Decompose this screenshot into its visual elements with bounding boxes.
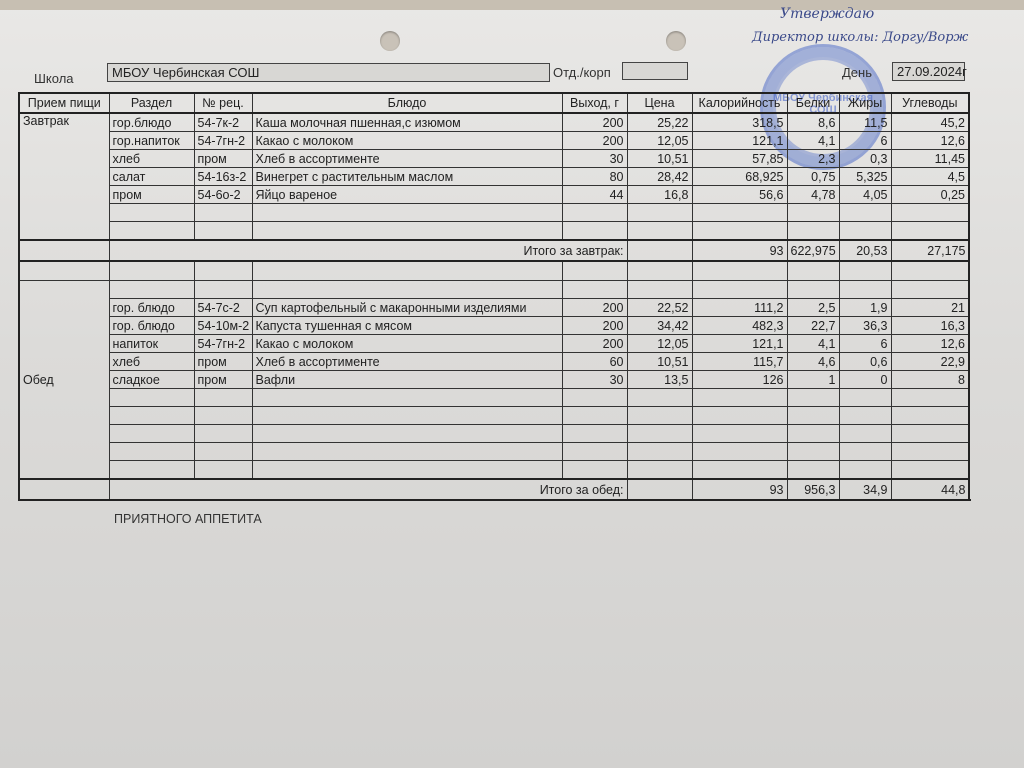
kcal-cell: 57,85 [692,150,787,168]
protein-cell: 8,6 [787,113,839,132]
empty-cell [692,222,787,241]
yield-cell: 200 [562,299,627,317]
kcal-cell: 482,3 [692,317,787,335]
carbs-cell: 45,2 [891,113,969,132]
price-cell: 34,42 [627,317,692,335]
table-row: хлебпромХлеб в ассортименте3010,5157,852… [19,150,969,168]
empty-cell [839,222,891,241]
empty-cell [839,204,891,222]
col-recipe: № рец. [194,93,252,113]
price-cell: 16,8 [627,186,692,204]
empty-cell [627,407,692,425]
empty-cell [891,461,969,480]
fat-cell: 11,5 [839,113,891,132]
protein-cell: 22,7 [787,317,839,335]
empty-cell [562,461,627,480]
yield-cell: 30 [562,371,627,389]
day-label: День [842,65,872,80]
empty-cell [252,425,562,443]
empty-cell [562,389,627,407]
table-row: хлебпромХлеб в ассортименте6010,51115,74… [19,353,969,371]
total-protein: 34,9 [839,479,891,500]
empty-cell [194,281,252,299]
price-cell: 12,05 [627,335,692,353]
carbs-cell: 12,6 [891,335,969,353]
empty-cell [19,240,109,261]
dept-field [622,62,688,80]
yield-cell: 200 [562,132,627,150]
empty-cell [692,261,787,281]
fat-cell: 5,325 [839,168,891,186]
empty-cell [109,222,194,241]
empty-cell [252,261,562,281]
recipe-cell: 54-7гн-2 [194,335,252,353]
protein-cell: 1 [787,371,839,389]
empty-cell [562,222,627,241]
yield-cell: 60 [562,353,627,371]
separator-row [19,261,969,281]
empty-cell [891,281,969,299]
fat-cell: 1,9 [839,299,891,317]
empty-cell [627,204,692,222]
carbs-cell: 11,45 [891,150,969,168]
recipe-cell: пром [194,371,252,389]
protein-cell: 4,78 [787,186,839,204]
carbs-cell: 22,9 [891,353,969,371]
empty-row [19,461,969,480]
empty-cell [194,261,252,281]
empty-cell [839,261,891,281]
school-field: МБОУ Чербинская СОШ [107,63,550,82]
table-row: пром54-6о-2Яйцо вареное4416,856,64,784,0… [19,186,969,204]
recipe-cell: пром [194,150,252,168]
col-carbs: Углеводы [891,93,969,113]
price-cell: 10,51 [627,353,692,371]
table-row: напиток54-7гн-2Какао с молоком20012,0512… [19,335,969,353]
empty-cell [194,204,252,222]
empty-cell [252,281,562,299]
day-field: 27.09.2024г [892,62,965,81]
empty-row: Обед [19,281,969,299]
recipe-cell: 54-10м-2 [194,317,252,335]
dish-cell: Хлеб в ассортименте [252,353,562,371]
empty-cell [252,222,562,241]
empty-cell [692,204,787,222]
recipe-cell: 54-16з-2 [194,168,252,186]
carbs-cell: 12,6 [891,132,969,150]
fat-cell: 6 [839,132,891,150]
protein-cell: 4,1 [787,132,839,150]
total-price: 93 [692,479,787,500]
empty-cell [252,461,562,480]
empty-cell [839,443,891,461]
recipe-cell: 54-7гн-2 [194,132,252,150]
empty-row [19,443,969,461]
empty-cell [627,222,692,241]
dish-cell: Капуста тушенная с мясом [252,317,562,335]
empty-cell [109,425,194,443]
approval-line-2: Директор школы: Доргу/Ворж [752,30,968,45]
dish-cell: Каша молочная пшенная,с изюмом [252,113,562,132]
dish-cell: Винегрет с растительным маслом [252,168,562,186]
empty-cell [109,204,194,222]
empty-cell [252,443,562,461]
meal-name-cell: Обед [19,281,109,480]
kcal-cell: 111,2 [692,299,787,317]
total-fat: 44,8 [891,479,969,500]
price-cell: 10,51 [627,150,692,168]
protein-cell: 2,5 [787,299,839,317]
carbs-cell: 21 [891,299,969,317]
empty-cell [787,261,839,281]
empty-cell [19,479,109,500]
empty-cell [194,461,252,480]
total-row: Итого за завтрак:93622,97520,5327,17574 [19,240,969,261]
empty-cell [787,222,839,241]
empty-cell [562,425,627,443]
empty-cell [109,261,194,281]
empty-cell [627,261,692,281]
table-row: гор.напиток54-7гн-2Какао с молоком20012,… [19,132,969,150]
empty-row [19,222,969,241]
fat-cell: 0,3 [839,150,891,168]
empty-cell [787,281,839,299]
recipe-cell: 54-6о-2 [194,186,252,204]
empty-cell [891,443,969,461]
section-cell: сладкое [109,371,194,389]
recipe-cell: 54-7к-2 [194,113,252,132]
empty-cell [194,425,252,443]
empty-row [19,389,969,407]
yield-cell: 200 [562,317,627,335]
section-cell: гор.блюдо [109,113,194,132]
yield-cell: 80 [562,168,627,186]
empty-cell [692,407,787,425]
col-protein: Белки [787,93,839,113]
empty-cell [627,425,692,443]
section-cell: пром [109,186,194,204]
empty-cell [787,204,839,222]
yield-cell: 200 [562,113,627,132]
empty-cell [787,461,839,480]
col-kcal: Калорийность [692,93,787,113]
empty-cell [891,389,969,407]
fat-cell: 0 [839,371,891,389]
punch-hole-left [380,31,400,51]
kcal-cell: 318,5 [692,113,787,132]
kcal-cell: 115,7 [692,353,787,371]
empty-cell [194,443,252,461]
total-kcal: 956,3 [787,479,839,500]
fat-cell: 6 [839,335,891,353]
total-protein: 20,53 [839,240,891,261]
empty-cell [194,222,252,241]
empty-cell [194,407,252,425]
meal-name-cell: Завтрак [19,113,109,240]
empty-cell [627,461,692,480]
empty-cell [692,281,787,299]
empty-cell [627,389,692,407]
section-cell: напиток [109,335,194,353]
table-header-row: Прием пищи Раздел № рец. Блюдо Выход, г … [19,93,969,113]
footer-wish: ПРИЯТНОГО АППЕТИТА [114,512,262,526]
empty-cell [109,461,194,480]
empty-cell [562,204,627,222]
empty-cell [627,240,692,261]
empty-cell [109,443,194,461]
recipe-cell: пром [194,353,252,371]
total-fat: 27,175 [891,240,969,261]
protein-cell: 0,75 [787,168,839,186]
empty-cell [627,281,692,299]
protein-cell: 4,6 [787,353,839,371]
empty-cell [109,389,194,407]
table-row: салат54-16з-2Винегрет с растительным мас… [19,168,969,186]
table-row: сладкоепромВафли3013,5126108 [19,371,969,389]
empty-cell [562,443,627,461]
carbs-cell: 8 [891,371,969,389]
empty-row [19,204,969,222]
empty-cell [692,425,787,443]
protein-cell: 2,3 [787,150,839,168]
empty-cell [839,461,891,480]
empty-cell [787,407,839,425]
table-row: Завтракгор.блюдо54-7к-2Каша молочная пше… [19,113,969,132]
fat-cell: 0,6 [839,353,891,371]
empty-row [19,407,969,425]
dish-cell: Какао с молоком [252,335,562,353]
fat-cell: 36,3 [839,317,891,335]
yield-cell: 200 [562,335,627,353]
table-row: гор. блюдо54-7с-2Суп картофельный с мака… [19,299,969,317]
price-cell: 22,52 [627,299,692,317]
col-fat: Жиры [839,93,891,113]
recipe-cell: 54-7с-2 [194,299,252,317]
empty-row [19,425,969,443]
empty-cell [692,443,787,461]
punch-hole-right [666,31,686,51]
empty-cell [891,407,969,425]
approval-line-1: Утверждаю [780,6,874,22]
kcal-cell: 121,1 [692,335,787,353]
dish-cell: Хлеб в ассортименте [252,150,562,168]
total-label: Итого за завтрак: [109,240,627,261]
dish-cell: Какао с молоком [252,132,562,150]
price-cell: 28,42 [627,168,692,186]
carbs-cell: 16,3 [891,317,969,335]
empty-cell [787,443,839,461]
empty-cell [562,261,627,281]
section-cell: гор. блюдо [109,317,194,335]
price-cell: 25,22 [627,113,692,132]
col-yield: Выход, г [562,93,627,113]
total-label: Итого за обед: [109,479,627,500]
protein-cell: 4,1 [787,335,839,353]
empty-cell [891,204,969,222]
empty-cell [109,407,194,425]
yield-cell: 30 [562,150,627,168]
empty-cell [562,407,627,425]
empty-cell [252,389,562,407]
section-cell: гор. блюдо [109,299,194,317]
col-meal: Прием пищи [19,93,109,113]
price-cell: 13,5 [627,371,692,389]
dish-cell: Суп картофельный с макаронными изделиями [252,299,562,317]
empty-cell [252,407,562,425]
total-kcal: 622,975 [787,240,839,261]
dept-label: Отд./корп [553,65,611,80]
table-row: гор. блюдо54-10м-2Капуста тушенная с мяс… [19,317,969,335]
menu-table: Прием пищи Раздел № рец. Блюдо Выход, г … [18,92,970,501]
col-price: Цена [627,93,692,113]
empty-cell [692,461,787,480]
total-row: Итого за обед:93956,334,944,880,8 [19,479,969,500]
section-cell: хлеб [109,150,194,168]
empty-cell [839,425,891,443]
col-section: Раздел [109,93,194,113]
empty-cell [839,281,891,299]
carbs-cell: 0,25 [891,186,969,204]
empty-cell [562,281,627,299]
empty-cell [787,389,839,407]
price-cell: 12,05 [627,132,692,150]
dish-cell: Яйцо вареное [252,186,562,204]
empty-cell [19,261,109,281]
total-price: 93 [692,240,787,261]
kcal-cell: 121,1 [692,132,787,150]
section-cell: хлеб [109,353,194,371]
empty-cell [891,261,969,281]
empty-cell [627,443,692,461]
empty-cell [627,479,692,500]
empty-cell [839,389,891,407]
dish-cell: Вафли [252,371,562,389]
yield-cell: 44 [562,186,627,204]
col-dish: Блюдо [252,93,562,113]
school-label: Школа [34,71,74,86]
kcal-cell: 126 [692,371,787,389]
empty-cell [692,389,787,407]
carbs-cell: 4,5 [891,168,969,186]
fat-cell: 4,05 [839,186,891,204]
empty-cell [787,425,839,443]
section-cell: гор.напиток [109,132,194,150]
kcal-cell: 68,925 [692,168,787,186]
empty-cell [891,222,969,241]
empty-cell [109,281,194,299]
empty-cell [194,389,252,407]
kcal-cell: 56,6 [692,186,787,204]
empty-cell [252,204,562,222]
empty-cell [891,425,969,443]
section-cell: салат [109,168,194,186]
empty-cell [839,407,891,425]
